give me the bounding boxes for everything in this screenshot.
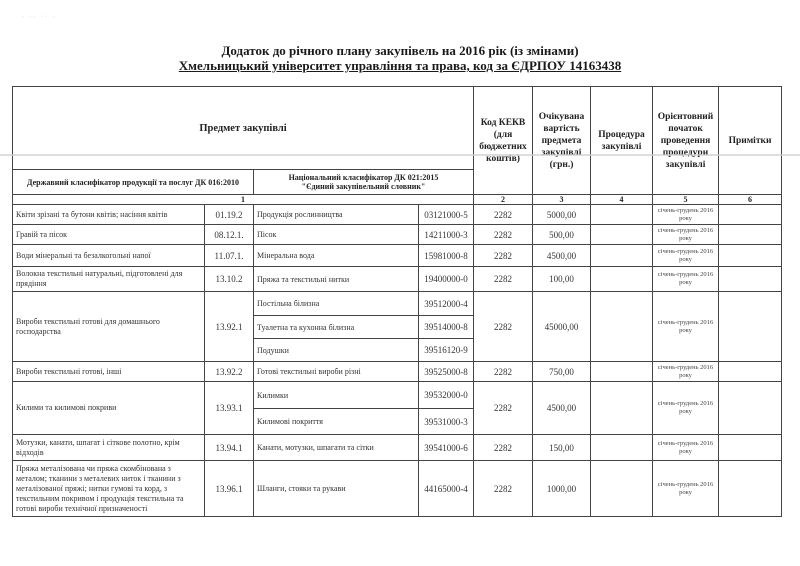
code-dk021: 03121000-5 (419, 205, 474, 225)
procedure-start-period: січень-грудень 2016 року (653, 292, 719, 362)
code-dk016: 08.12.1. (205, 225, 254, 245)
item-name-dk021: Продукція рослинництва (254, 205, 419, 225)
col-number-6: 6 (719, 195, 782, 205)
header-start: Орієнтовний початок проведення процедури… (653, 87, 719, 195)
notes (719, 245, 782, 267)
table-body: Квіти зрізані та бутони квітів; насіння … (13, 205, 782, 517)
item-name-dk016: Вироби текстильні готові для домашнього … (13, 292, 205, 362)
item-name-dk016: Вироби текстильні готові, інші (13, 362, 205, 382)
table-row: Пряжа металізована чи пряжа скомбінована… (13, 461, 782, 517)
item-name-dk016: Волокна текстильні натуральні, підготовл… (13, 267, 205, 292)
table-row: Мотузки, канати, шпагат і сіткове полотн… (13, 435, 782, 461)
document-title: Додаток до річного плану закупівель на 2… (0, 43, 800, 59)
table-row: Квіти зрізані та бутони квітів; насіння … (13, 205, 782, 225)
item-name-dk021: Туалетна та кухонна білизна (254, 316, 419, 339)
kekv-code: 2282 (474, 461, 533, 517)
procedure-start-period: січень-грудень 2016 року (653, 362, 719, 382)
procedure-start-period: січень-грудень 2016 року (653, 225, 719, 245)
table-row: Килими та килимові покриви13.93.1Килимки… (13, 382, 782, 409)
item-name-dk016: Води мінеральні та безалкогольні напої (13, 245, 205, 267)
scan-artifact: · ·· ·· · (22, 14, 57, 20)
code-dk016: 13.93.1 (205, 382, 254, 435)
code-dk016: 11.07.1. (205, 245, 254, 267)
header-dk016: Державний класифікатор продукції та посл… (13, 170, 254, 195)
kekv-code: 2282 (474, 267, 533, 292)
procedure (591, 292, 653, 362)
expected-cost: 100,00 (533, 267, 591, 292)
code-dk021: 39516120-9 (419, 339, 474, 362)
code-dk021: 14211000-3 (419, 225, 474, 245)
item-name-dk021: Килимки (254, 382, 419, 409)
code-dk016: 13.10.2 (205, 267, 254, 292)
col-number-5: 5 (653, 195, 719, 205)
expected-cost: 5000,00 (533, 205, 591, 225)
procedure-start-period: січень-грудень 2016 року (653, 382, 719, 435)
table-row: Вироби текстильні готові, інші13.92.2Гот… (13, 362, 782, 382)
header-procedure: Процедура закупівлі (591, 87, 653, 195)
procedure (591, 435, 653, 461)
item-name-dk021: Пісок (254, 225, 419, 245)
procedure (591, 267, 653, 292)
kekv-code: 2282 (474, 435, 533, 461)
expected-cost: 45000,00 (533, 292, 591, 362)
code-dk021: 39531000-3 (419, 409, 474, 435)
col-number-4: 4 (591, 195, 653, 205)
procedure (591, 461, 653, 517)
kekv-code: 2282 (474, 362, 533, 382)
item-name-dk021: Килимові покриття (254, 409, 419, 435)
procedure-start-period: січень-грудень 2016 року (653, 245, 719, 267)
procedure-start-period: січень-грудень 2016 року (653, 205, 719, 225)
expected-cost: 4500,00 (533, 245, 591, 267)
item-name-dk016: Мотузки, канати, шпагат і сіткове полотн… (13, 435, 205, 461)
code-dk021: 44165000-4 (419, 461, 474, 517)
expected-cost: 4500,00 (533, 382, 591, 435)
procedure (591, 225, 653, 245)
expected-cost: 150,00 (533, 435, 591, 461)
item-name-dk016: Квіти зрізані та бутони квітів; насіння … (13, 205, 205, 225)
kekv-code: 2282 (474, 245, 533, 267)
code-dk016: 13.92.1 (205, 292, 254, 362)
item-name-dk016: Гравій та пісок (13, 225, 205, 245)
item-name-dk021: Готові текстильні вироби різні (254, 362, 419, 382)
code-dk021: 39532000-0 (419, 382, 474, 409)
code-dk016: 13.96.1 (205, 461, 254, 517)
notes (719, 225, 782, 245)
notes (719, 382, 782, 435)
col-number-1: 1 (13, 195, 474, 205)
code-dk021: 39514000-8 (419, 316, 474, 339)
code-dk016: 13.94.1 (205, 435, 254, 461)
code-dk021: 19400000-0 (419, 267, 474, 292)
header-expected-cost: Очікувана вартість предмета закупівлі (г… (533, 87, 591, 195)
header-notes: Примітки (719, 87, 782, 195)
procedure (591, 245, 653, 267)
kekv-code: 2282 (474, 292, 533, 362)
item-name-dk021: Канати, мотузки, шпагати та сітки (254, 435, 419, 461)
item-name-dk021: Постільна білизна (254, 292, 419, 316)
header-kekv: Код КЕКВ (для бюджетних коштів) (474, 87, 533, 195)
procedure-start-period: січень-грудень 2016 року (653, 267, 719, 292)
item-name-dk016: Пряжа металізована чи пряжа скомбінована… (13, 461, 205, 517)
col-number-2: 2 (474, 195, 533, 205)
document-subtitle: Хмельницький університет управління та п… (0, 58, 800, 74)
code-dk021: 39512000-4 (419, 292, 474, 316)
table-row: Води мінеральні та безалкогольні напої11… (13, 245, 782, 267)
code-dk016: 01.19.2 (205, 205, 254, 225)
procedure-start-period: січень-грудень 2016 року (653, 461, 719, 517)
kekv-code: 2282 (474, 205, 533, 225)
code-dk021: 39525000-8 (419, 362, 474, 382)
expected-cost: 500,00 (533, 225, 591, 245)
notes (719, 267, 782, 292)
code-dk021: 15981000-8 (419, 245, 474, 267)
item-name-dk021: Мінеральна вода (254, 245, 419, 267)
procurement-plan-table: Предмет закупівлі Код КЕКВ (для бюджетни… (12, 86, 782, 517)
column-number-row: 1 2 3 4 5 6 (13, 195, 782, 205)
header-subject: Предмет закупівлі (13, 87, 474, 170)
col-number-3: 3 (533, 195, 591, 205)
item-name-dk021: Пряжа та текстильні нитки (254, 267, 419, 292)
header-dk021: Національний класифікатор ДК 021:2015 "Є… (254, 170, 474, 195)
kekv-code: 2282 (474, 225, 533, 245)
kekv-code: 2282 (474, 382, 533, 435)
procedure (591, 362, 653, 382)
item-name-dk016: Килими та килимові покриви (13, 382, 205, 435)
expected-cost: 750,00 (533, 362, 591, 382)
code-dk021: 39541000-6 (419, 435, 474, 461)
table-row: Вироби текстильні готові для домашнього … (13, 292, 782, 316)
header-dk021-line2: "Єдиний закупівельний словник" (302, 182, 426, 191)
procedure (591, 382, 653, 435)
item-name-dk021: Подушки (254, 339, 419, 362)
procedure (591, 205, 653, 225)
procedure-start-period: січень-грудень 2016 року (653, 435, 719, 461)
notes (719, 362, 782, 382)
item-name-dk021: Шланги, стояки та рукави (254, 461, 419, 517)
code-dk016: 13.92.2 (205, 362, 254, 382)
notes (719, 435, 782, 461)
notes (719, 205, 782, 225)
notes (719, 461, 782, 517)
table-row: Волокна текстильні натуральні, підготовл… (13, 267, 782, 292)
header-dk021-line1: Національний класифікатор ДК 021:2015 (289, 173, 439, 182)
notes (719, 292, 782, 362)
table-row: Гравій та пісок08.12.1.Пісок14211000-322… (13, 225, 782, 245)
expected-cost: 1000,00 (533, 461, 591, 517)
